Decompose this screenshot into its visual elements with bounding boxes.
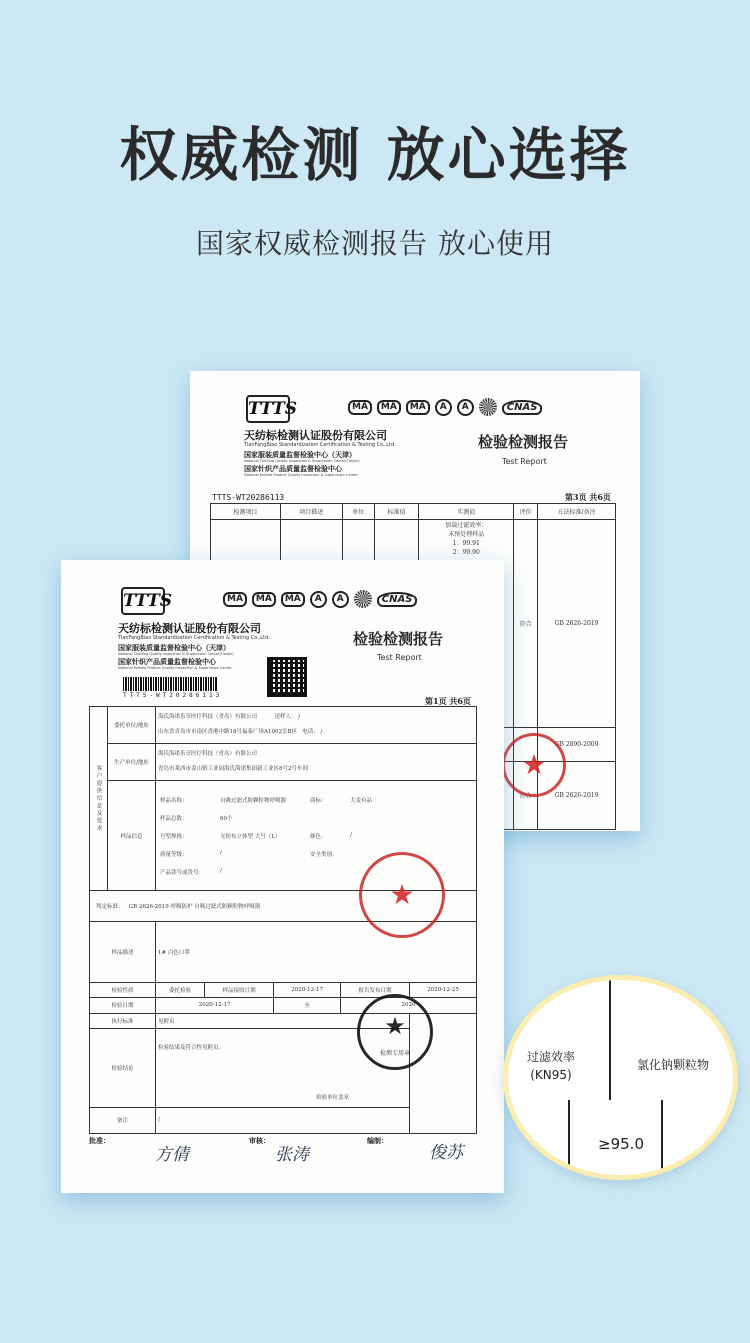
company-name: 天纺标检测认证股份有限公司 bbox=[118, 620, 261, 636]
seal-label: 检验单位盖章 bbox=[316, 1093, 349, 1101]
star-icon: ★ bbox=[521, 751, 546, 779]
col-header: 单位 bbox=[342, 504, 374, 520]
center2-name-en: National Knitted Product Quality Inspect… bbox=[118, 666, 232, 670]
receive-value: 2020-12-17 bbox=[274, 982, 341, 997]
cal-mark-icon: A bbox=[332, 591, 349, 608]
maker-label: 生产单位/地址 bbox=[108, 744, 156, 781]
unit-label: % bbox=[528, 1138, 539, 1156]
maker-info: 海氏海诺乐享医疗科技（青岛）有限公司 青岛市莱西市姜山镇工业园海氏海诺集团新工业… bbox=[156, 744, 477, 781]
red-company-stamp: ★ bbox=[359, 852, 445, 938]
cal-mark-icon: A bbox=[435, 399, 452, 416]
report-title-en: Test Report bbox=[502, 457, 547, 466]
nature-label: 检验性质 bbox=[90, 982, 156, 997]
cert-marks: MA MA MA A A CNAS bbox=[223, 590, 417, 608]
ilac-mark-icon bbox=[479, 398, 497, 416]
nature-value: 委托检验 bbox=[156, 982, 205, 997]
company-name: 天纺标检测认证股份有限公司 bbox=[244, 427, 387, 443]
col-header: 项目描述 bbox=[280, 504, 342, 520]
headline: 权威检测 放心选择 bbox=[0, 108, 750, 192]
date-label: 检验日期 bbox=[90, 998, 156, 1013]
report-title: 检验检测报告 bbox=[353, 628, 443, 649]
receive-label: 样品接收日期 bbox=[205, 982, 274, 997]
barcode bbox=[123, 677, 217, 691]
cma-mark-icon: MA bbox=[252, 592, 276, 607]
cma-mark-icon: MA bbox=[377, 400, 401, 415]
conclusion-label: 检验结论 bbox=[90, 1028, 156, 1107]
ilac-mark-icon bbox=[354, 590, 372, 608]
exec-label: 执行标准 bbox=[90, 1013, 156, 1028]
company-name-en: TianFangBiao Standardization Certificati… bbox=[118, 635, 270, 641]
desc-label: 样品描述 bbox=[90, 921, 156, 982]
report-page-1: TTTS MA MA MA A A CNAS 天纺标检测认证股份有限公司 Tia… bbox=[61, 560, 504, 1193]
col-header: 实测值 bbox=[419, 504, 514, 520]
cal-mark-icon: A bbox=[310, 591, 327, 608]
standard-value: ≥95.0 bbox=[586, 1135, 656, 1153]
page-label: 第3页 共6页 bbox=[565, 492, 611, 503]
client-label: 委托单位/地址 bbox=[108, 707, 156, 744]
evaluation: 符合 bbox=[514, 520, 538, 728]
col-header: 方法标准/备注 bbox=[538, 504, 616, 520]
report-title: 检验检测报告 bbox=[478, 431, 568, 452]
company-name-en: TianFangBiao Standardization Certificati… bbox=[244, 442, 396, 448]
cal-mark-icon: A bbox=[457, 399, 474, 416]
ttts-logo: TTTS bbox=[121, 587, 165, 615]
barcode-number: TTTS-WT20286113 bbox=[123, 692, 222, 699]
compiler-signature: 俊苏 bbox=[429, 1138, 463, 1163]
particle-type-label: 氯化钠颗粒物 bbox=[623, 1056, 723, 1074]
issue-value: 2020-12-25 bbox=[410, 982, 477, 997]
approve-label: 批准： bbox=[89, 1136, 110, 1146]
review-label: 审核： bbox=[249, 1136, 270, 1146]
cma-mark-icon: MA bbox=[348, 400, 372, 415]
date-from: 2020-12-17 bbox=[156, 998, 274, 1013]
remark-label: 备注 bbox=[90, 1107, 156, 1133]
method-standard: GB 2626-2019 bbox=[538, 520, 616, 728]
center1-name-en: National Clothing Quality Inspection & S… bbox=[244, 459, 360, 463]
desc-value: 1# 白色口罩 bbox=[156, 921, 477, 982]
star-icon: ★ bbox=[389, 881, 414, 909]
filter-efficiency-label: 过滤效率 (KN95) bbox=[516, 1048, 586, 1084]
cma-mark-icon: MA bbox=[223, 592, 247, 607]
cert-marks: MA MA MA A A CNAS bbox=[348, 398, 542, 416]
remark-value: / bbox=[156, 1107, 410, 1133]
col-header: 检测项目 bbox=[211, 504, 281, 520]
cma-mark-icon: MA bbox=[406, 400, 430, 415]
side-label: 客户提供信息及要求 bbox=[90, 707, 108, 891]
approver-signature: 方倩 bbox=[155, 1140, 189, 1165]
sample-info-label: 样品信息 bbox=[108, 781, 156, 890]
report-number: TTTS-WT20286113 bbox=[212, 493, 284, 502]
date-to-label: 至 bbox=[274, 998, 341, 1013]
compile-label: 编制： bbox=[367, 1136, 388, 1146]
magnifier-callout: 过滤效率 (KN95) 氯化钠颗粒物 % ≥95.0 bbox=[503, 975, 738, 1180]
col-header: 标准值 bbox=[374, 504, 419, 520]
reviewer-signature: 张涛 bbox=[275, 1140, 309, 1165]
report-title-en: Test Report bbox=[377, 653, 422, 662]
ttts-logo: TTTS bbox=[246, 395, 290, 423]
qr-code bbox=[267, 657, 307, 697]
client-info: 海氏海诺乐享医疗科技（青岛）有限公司 送样人： / 山东省青岛市市南区香港中路1… bbox=[156, 707, 477, 744]
subheadline: 国家权威检测报告 放心使用 bbox=[0, 222, 750, 262]
col-header: 评价 bbox=[514, 504, 538, 520]
cma-mark-icon: MA bbox=[281, 592, 305, 607]
star-icon: ★ bbox=[384, 1014, 406, 1038]
center1-name-en: National Clothing Quality Inspection & S… bbox=[118, 652, 234, 656]
cnas-mark-icon: CNAS bbox=[502, 400, 543, 415]
center2-name-en: National Knitted Product Quality Inspect… bbox=[244, 473, 358, 477]
cnas-mark-icon: CNAS bbox=[377, 592, 418, 607]
black-testing-stamp: ★ 检测专用章 bbox=[357, 994, 433, 1070]
red-company-stamp: ★ bbox=[502, 733, 566, 797]
